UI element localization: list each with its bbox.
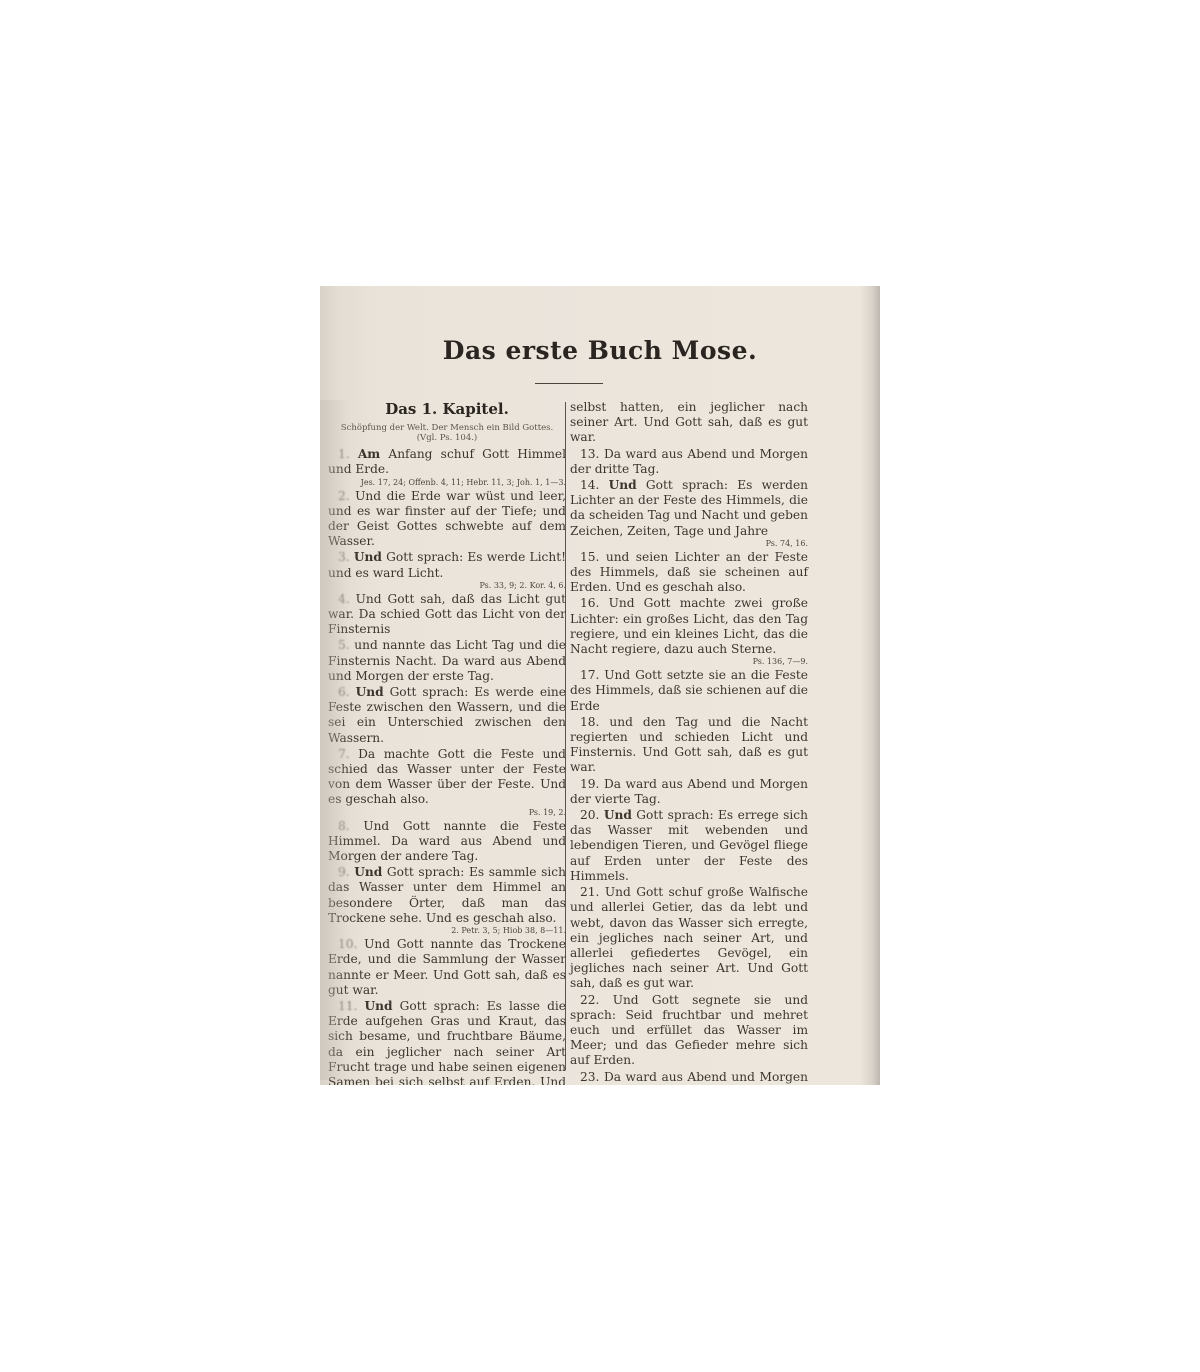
- verse-text: Da machte Gott die Feste und schied das …: [328, 747, 566, 807]
- verse: 1. Am Anfang schuf Gott Himmel und Erde.…: [328, 447, 566, 487]
- verse-number: 6.: [338, 685, 356, 699]
- verse: 14. Und Gott sprach: Es werden Lichter a…: [570, 478, 808, 549]
- verse: 3. Und Gott sprach: Es werde Licht! und …: [328, 550, 566, 590]
- verse-number: 1.: [338, 447, 358, 461]
- verse: 23. Da ward aus Abend und Morgen der fün…: [570, 1070, 808, 1085]
- verse-number: 19.: [580, 777, 604, 791]
- verse-text: selbst hatten, ein jeglicher nach seiner…: [570, 400, 808, 444]
- verse: 17. Und Gott setzte sie an die Feste des…: [570, 668, 808, 714]
- verse: 10. Und Gott nannte das Trockene Erde, u…: [328, 937, 566, 998]
- verse-number: 8.: [338, 819, 363, 833]
- verse-text: Da ward aus Abend und Morgen der dritte …: [570, 447, 808, 476]
- verse-number: 4.: [338, 592, 356, 606]
- verse-text: Und Gott sprach: Es werde Licht! und es …: [328, 550, 566, 579]
- bible-page: Das erste Buch Mose. Das 1. Kapitel. Sch…: [320, 286, 880, 1085]
- verse-number: 7.: [338, 747, 358, 761]
- verse: 5. und nannte das Licht Tag und die Fins…: [328, 638, 566, 684]
- verse-number: 17.: [580, 668, 604, 682]
- cross-reference: 2. Petr. 3, 5; Hiob 38, 8—11.: [328, 926, 566, 936]
- verse-number: 15.: [580, 550, 606, 564]
- verse-number: 20.: [580, 808, 604, 822]
- verse: 19. Da ward aus Abend und Morgen der vie…: [570, 777, 808, 807]
- verse-number: 5.: [338, 638, 354, 652]
- verse-text: Und Gott sah, daß das Licht gut war. Da …: [328, 592, 566, 636]
- verse-number: 2.: [338, 489, 355, 503]
- verse-text: und seien Lichter an der Feste des Himme…: [570, 550, 808, 594]
- title-rule: [535, 383, 603, 384]
- chapter-summary-ref: (Vgl. Ps. 104.): [328, 433, 566, 443]
- verse-number: 9.: [338, 865, 354, 879]
- cross-reference: Ps. 136, 7—9.: [570, 657, 808, 667]
- left-column: Das 1. Kapitel. Schöpfung der Welt. Der …: [328, 400, 566, 1085]
- verse: 16. Und Gott machte zwei große Lichter: …: [570, 596, 808, 667]
- verse-text: Und Gott sprach: Es errege sich das Wass…: [570, 808, 808, 883]
- verse-text: Da ward aus Abend und Morgen der fünfte …: [570, 1070, 808, 1085]
- verse-number: 23.: [580, 1070, 604, 1084]
- verse-text: Da ward aus Abend und Morgen der vierte …: [570, 777, 808, 806]
- verse: selbst hatten, ein jeglicher nach seiner…: [570, 400, 808, 446]
- verse: 20. Und Gott sprach: Es errege sich das …: [570, 808, 808, 884]
- chapter-summary: Schöpfung der Welt. Der Mensch ein Bild …: [328, 423, 566, 433]
- right-verses: selbst hatten, ein jeglicher nach seiner…: [570, 400, 808, 1085]
- chapter-heading: Das 1. Kapitel.: [328, 402, 566, 417]
- cross-reference: Ps. 33, 9; 2. Kor. 4, 6.: [328, 581, 566, 591]
- verse: 13. Da ward aus Abend und Morgen der dri…: [570, 447, 808, 477]
- verse-number: 18.: [580, 715, 609, 729]
- cross-reference: Jes. 17, 24; Offenb. 4, 11; Hebr. 11, 3;…: [328, 478, 566, 488]
- verse: 7. Da machte Gott die Feste und schied d…: [328, 747, 566, 818]
- verse: 9. Und Gott sprach: Es sammle sich das W…: [328, 865, 566, 936]
- right-column: selbst hatten, ein jeglicher nach seiner…: [570, 400, 808, 1085]
- verse: 6. Und Gott sprach: Es werde eine Feste …: [328, 685, 566, 746]
- verse: 15. und seien Lichter an der Feste des H…: [570, 550, 808, 596]
- verse: 4. Und Gott sah, daß das Licht gut war. …: [328, 592, 566, 638]
- verse-text: Und Gott schuf große Walfische und aller…: [570, 885, 808, 990]
- verse-number: 11.: [338, 999, 365, 1013]
- verse-text: Und Gott sprach: Es werde eine Feste zwi…: [328, 685, 566, 745]
- cross-reference: Ps. 74, 16.: [570, 539, 808, 549]
- left-verses: 1. Am Anfang schuf Gott Himmel und Erde.…: [328, 447, 566, 1085]
- book-title: Das erste Buch Mose.: [320, 336, 880, 365]
- verse-number: 16.: [580, 596, 609, 610]
- verse-text: Am Anfang schuf Gott Himmel und Erde.: [328, 447, 566, 476]
- verse-text: Und Gott nannte die Feste Himmel. Da war…: [328, 819, 566, 863]
- verse-text: Und Gott setzte sie an die Feste des Him…: [570, 668, 808, 712]
- verse-number: 3.: [338, 550, 354, 564]
- verse-text: Und die Erde war wüst und leer, und es w…: [328, 489, 566, 549]
- verse: 21. Und Gott schuf große Walfische und a…: [570, 885, 808, 991]
- verse: 2. Und die Erde war wüst und leer, und e…: [328, 489, 566, 550]
- verse-text: und nannte das Licht Tag und die Finster…: [328, 638, 566, 682]
- verse: 22. Und Gott segnete sie und sprach: Sei…: [570, 993, 808, 1069]
- verse-number: 14.: [580, 478, 609, 492]
- cross-reference: Ps. 19, 2.: [328, 808, 566, 818]
- verse-number: 10.: [338, 937, 364, 951]
- verse-number: 21.: [580, 885, 605, 899]
- verse-text: Und Gott sprach: Es sammle sich das Wass…: [328, 865, 566, 925]
- verse: 8. Und Gott nannte die Feste Himmel. Da …: [328, 819, 566, 865]
- verse: 11. Und Gott sprach: Es lasse die Erde a…: [328, 999, 566, 1085]
- verse-number: 13.: [580, 447, 604, 461]
- verse: 18. und den Tag und die Nacht regierten …: [570, 715, 808, 776]
- verse-number: 22.: [580, 993, 613, 1007]
